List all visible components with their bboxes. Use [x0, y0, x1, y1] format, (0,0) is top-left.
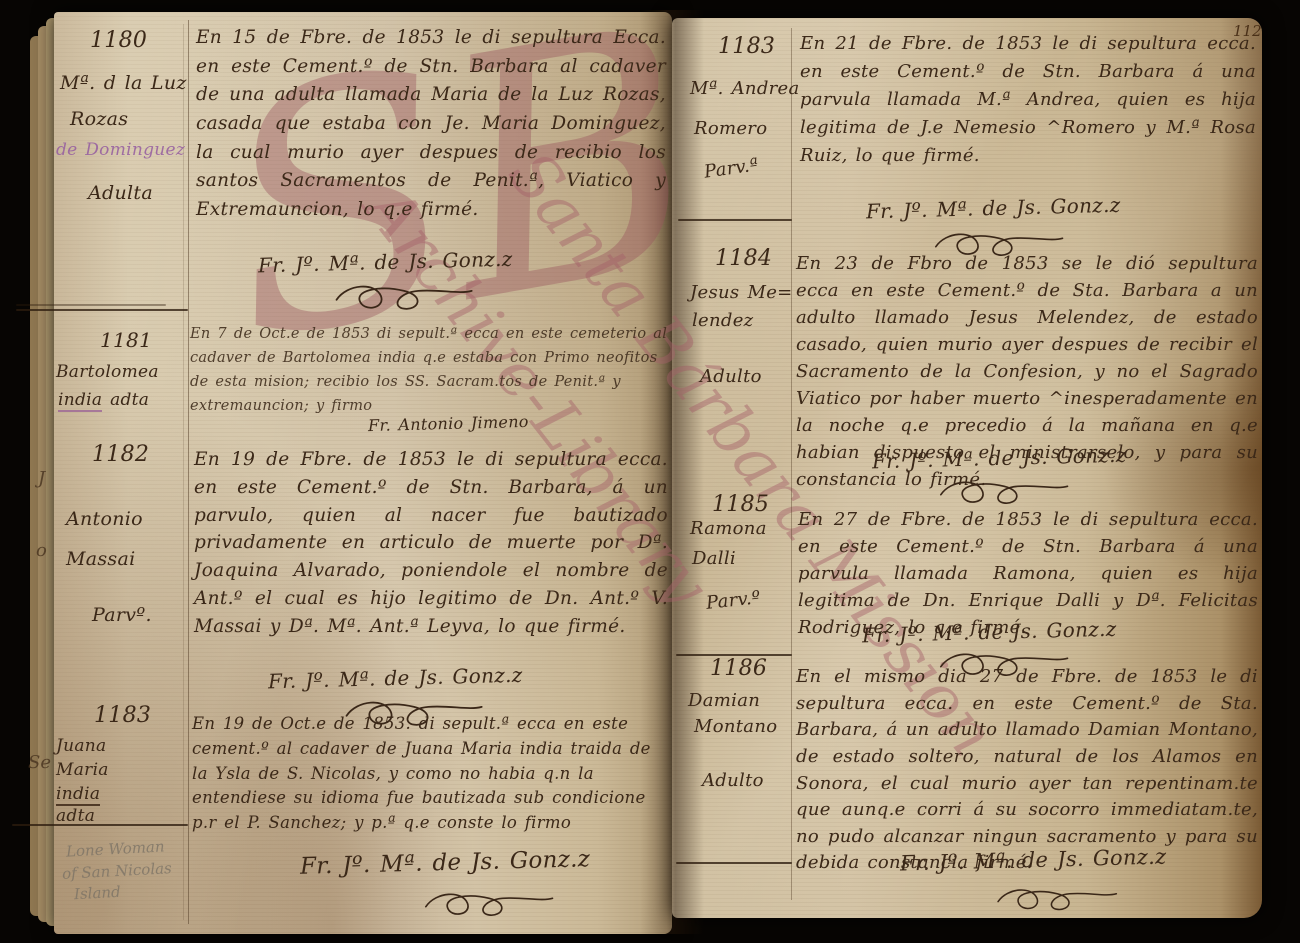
entry-separator	[678, 219, 792, 221]
pencil-annotation: Island	[74, 883, 122, 903]
margin-name: Romero	[694, 118, 767, 139]
margin-name: Rozas	[70, 108, 128, 130]
entry-number: 1185	[712, 492, 769, 517]
margin-name: Mª. d la Luz	[60, 72, 187, 94]
margin-status: Adulto	[702, 770, 764, 791]
margin-name: Juana	[56, 736, 106, 756]
margin-status: adta	[56, 806, 95, 826]
entry-body: En el mismo dia 27 de Fbre. de 1853 le d…	[796, 664, 1258, 877]
margin-added-note: de Dominguez	[56, 140, 185, 160]
entry-separator	[16, 309, 188, 311]
entry-number: 1181	[100, 328, 152, 352]
margin-status: adta	[110, 390, 149, 410]
entry-number: 1184	[715, 246, 772, 271]
manuscript-scan: SB Santa Bárbara Mission Archive-Library…	[0, 0, 1300, 943]
margin-status: Parvº.	[92, 604, 152, 626]
margin-name: Ramona	[690, 518, 767, 539]
edge-mark: J	[38, 468, 45, 489]
entry-number: 1186	[710, 656, 767, 681]
margin-name: Antonio	[66, 508, 143, 530]
entry-separator	[12, 824, 188, 826]
entry-body: En 15 de Fbre. de 1853 le di sepultura E…	[196, 24, 666, 225]
entry-body: En 7 de Oct.e de 1853 di sepult.ª ecca e…	[190, 322, 668, 418]
margin-name: Dalli	[692, 548, 736, 569]
margin-name: lendez	[692, 310, 753, 331]
margin-name-india: india	[58, 390, 102, 412]
margin-name: Maria	[56, 760, 109, 780]
margin-name: Mª. Andrea	[690, 78, 800, 99]
entry-body: En 19 de Fbre. de 1853 le di sepultura e…	[194, 446, 668, 640]
entry-number: 1180	[90, 28, 147, 53]
edge-mark: o	[36, 540, 47, 561]
margin-name: Montano	[694, 716, 777, 737]
entry-body: En 19 de Oct.e de 1853. di sepult.ª ecca…	[192, 712, 670, 836]
margin-name: Damian	[688, 690, 760, 711]
margin-name: Jesus Me=	[690, 282, 793, 303]
entry-separator	[676, 862, 792, 864]
margin-status: Adulta	[88, 182, 153, 204]
edge-mark: Se	[28, 752, 51, 773]
entry-number: 1183	[94, 703, 151, 728]
margin-status: Adulto	[700, 366, 762, 387]
entry-number: 1182	[92, 442, 149, 467]
margin-name: india adta	[58, 390, 149, 410]
entry-number: 1183	[718, 34, 775, 59]
entry-separator	[16, 304, 166, 306]
entry-body: En 21 de Fbre. de 1853 le di sepultura e…	[800, 30, 1256, 169]
margin-name-india: india	[56, 784, 100, 806]
margin-name: Massai	[66, 548, 136, 570]
margin-name: Bartolomea	[56, 362, 159, 382]
